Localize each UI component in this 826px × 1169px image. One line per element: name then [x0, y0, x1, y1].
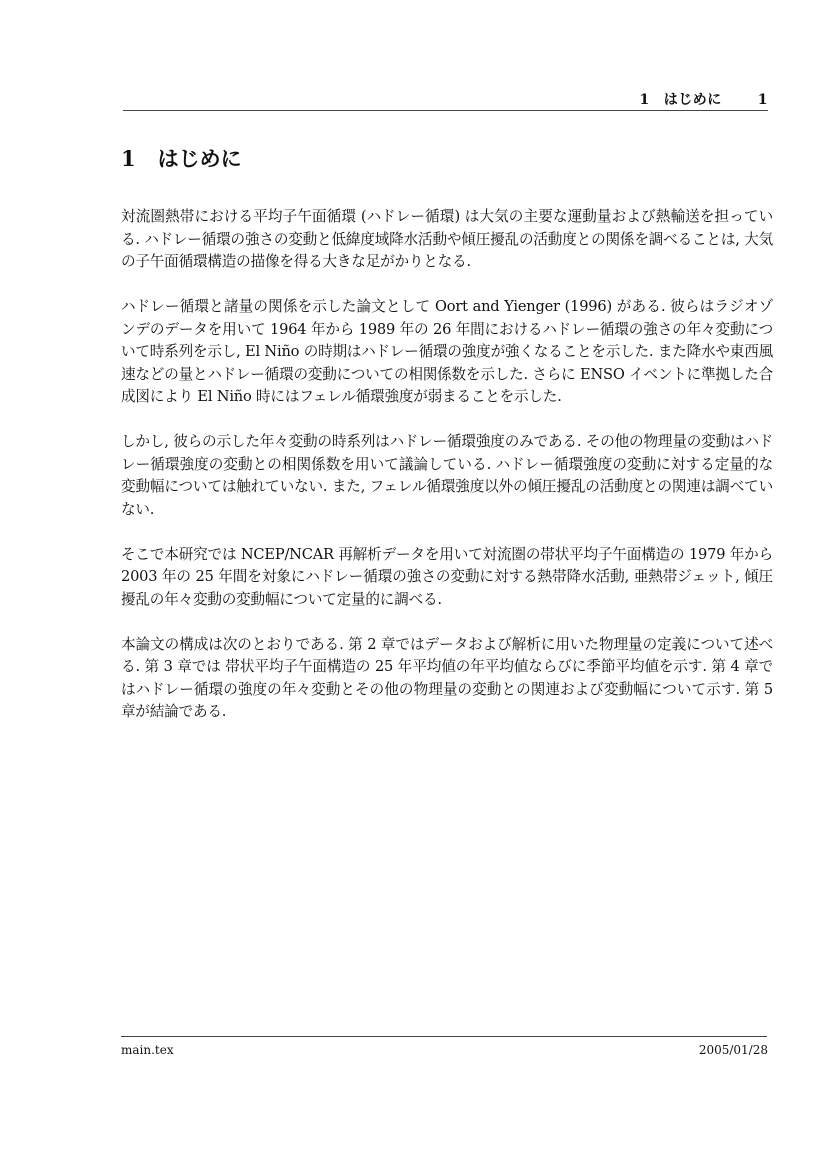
- section-number: 1: [121, 146, 136, 171]
- paragraph-2: ハドレー循環と諸量の関係を示した論文として Oort and Yienger (…: [121, 296, 773, 409]
- footer-filename: main.tex: [121, 1043, 174, 1057]
- header-page-number: 1: [758, 92, 768, 108]
- section-title: はじめに: [158, 147, 242, 171]
- paragraph-3: しかし, 彼らの示した年々変動の時系列はハドレー循環強度のみである. その他の物…: [121, 431, 773, 521]
- section-heading: 1はじめに: [121, 143, 242, 173]
- footer-rule: [121, 1036, 767, 1037]
- header-section-number: 1: [640, 92, 650, 108]
- header-section-title: はじめに: [664, 92, 722, 108]
- paragraph-5: 本論文の構成は次のとおりである. 第 2 章ではデータおよび解析に用いた物理量の…: [121, 634, 773, 724]
- paragraph-1: 対流圏熱帯における平均子午面循環 (ハドレー循環) は大気の主要な運動量および熱…: [121, 206, 773, 274]
- footer-date: 2005/01/28: [699, 1043, 768, 1057]
- running-header: 1はじめに1: [640, 89, 769, 109]
- header-rule: [123, 110, 768, 111]
- paragraph-4: そこで本研究では NCEP/NCAR 再解析データを用いて対流圏の帯状平均子午面…: [121, 544, 773, 612]
- body-text: 対流圏熱帯における平均子午面循環 (ハドレー循環) は大気の主要な運動量および熱…: [121, 206, 773, 746]
